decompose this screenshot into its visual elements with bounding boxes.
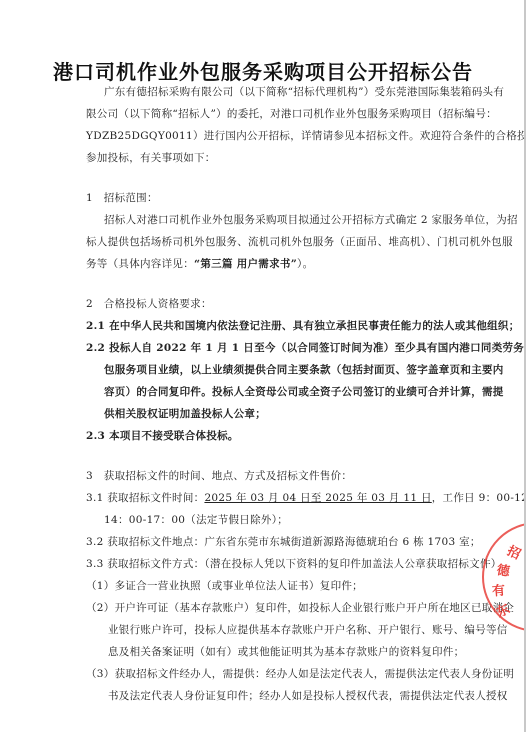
sub-item-2-cont: 息及相关备案证明（如有）或其他能证明其为基本存款账户的资料复印件；: [108, 644, 464, 659]
section-1-line: 务等（具体内容详见：“第三篇 用户需求书”）。: [86, 256, 313, 271]
item-3-2: 3.2 获取招标文件地点：广东省东莞市东城街道新源路海德琥珀台 6 栋 1703…: [86, 534, 481, 549]
item-2-1: 2.1 在中华人民共和国境内依法登记注册、具有独立承担民事责任能力的法人或其他组…: [86, 318, 520, 333]
intro-line: 参加投标，有关事项如下：: [86, 150, 216, 165]
section-1-line-tail: ）。: [297, 258, 313, 270]
item-3-1-prefix: 3.1 获取招标文件时间：: [86, 492, 204, 504]
item-2-3: 2.3 本项目不接受联合体投标。: [86, 428, 239, 443]
sub-item-1: （1）多证合一营业执照（或事业单位法人证书）复印件；: [86, 578, 363, 593]
item-2-2-cont: 容页）的合同复印件。投标人全资母公司或全资子公司签订的业绩可合并计算，需提: [104, 384, 504, 399]
section-3-heading: 3 获取招标文件的时间、地点、方式及招标文件售价：: [86, 468, 352, 483]
seal-char: 有: [491, 579, 506, 599]
section-1-line: 标人提供包括场桥司机外包服务、流机司机外包服务（正面吊、堆高机）、门机司机外包服: [86, 234, 513, 249]
section-1-line: 招标人对港口司机作业外包服务采购项目拟通过公开招标方式确定 2 家服务单位，为招: [104, 212, 518, 227]
sub-item-3: （3）获取招标文件经办人，需提供：经办人如是法定代表人，需提供法定代表人身份证明: [86, 666, 514, 681]
user-requirements-reference: “第三篇 用户需求书”: [194, 258, 297, 270]
item-3-1: 3.1 获取招标文件时间：2025 年 03 月 04 日至 2025 年 03…: [86, 490, 526, 505]
sub-item-3-cont: 书及法定代表人身份证复印件；经办人如是投标人授权代表，需提供法定代表人授权: [108, 688, 508, 703]
intro-line: 限公司（以下简称“招标人”）的委托，对港口司机作业外包服务采购项目（招标编号：: [86, 106, 497, 121]
section-1-heading: 1 招标范围：: [86, 190, 158, 205]
section-1-line-text: 务等（具体内容详见：: [86, 258, 194, 270]
item-2-2-cont: 包服务项目业绩，以上业绩须提供合同主要条款（包括封面页、签字盖章页和主要内: [104, 362, 504, 377]
item-3-1-cont: 14：00-17：00（法定节假日除外）；: [104, 512, 288, 527]
item-3-1-suffix: ，工作日 9：00-12：00，: [432, 492, 526, 504]
page-title: 港口司机作业外包服务采购项目公开招标公告: [0, 56, 526, 85]
item-2-2-cont: 供相关股权证明加盖投标人公章；: [104, 406, 266, 421]
sub-item-2-cont: 业银行账户许可，投标人应提供基本存款账户开户名称、开户银行、账号、编号等信: [108, 622, 508, 637]
section-2-heading: 2 合格投标人资格要求：: [86, 296, 212, 311]
sub-item-2: （2）开户许可证（基本存款账户）复印件，如投标人企业银行账户开户所在地区已取消企: [86, 600, 514, 615]
intro-line: 广东有德招标采购有限公司（以下简称“招标代理机构”）受东莞港国际集装箱码头有: [104, 84, 504, 99]
intro-line: YDZB25DGQY0011）进行国内公开招标，详情请参见本招标文件。欢迎符合条…: [86, 128, 526, 143]
acquisition-date-range: 2025 年 03 月 04 日至 2025 年 03 月 11 日: [204, 492, 431, 504]
item-3-3: 3.3 获取招标文件方式：（潜在投标人凭以下资料的复印件加盖法人公章获取招标文件…: [86, 556, 502, 571]
item-2-2: 2.2 投标人自 2022 年 1 月 1 日至今（以合同签订时间为准）至少具有…: [86, 340, 526, 355]
document-page: 港口司机作业外包服务采购项目公开招标公告 广东有德招标采购有限公司（以下简称“招…: [0, 0, 524, 732]
